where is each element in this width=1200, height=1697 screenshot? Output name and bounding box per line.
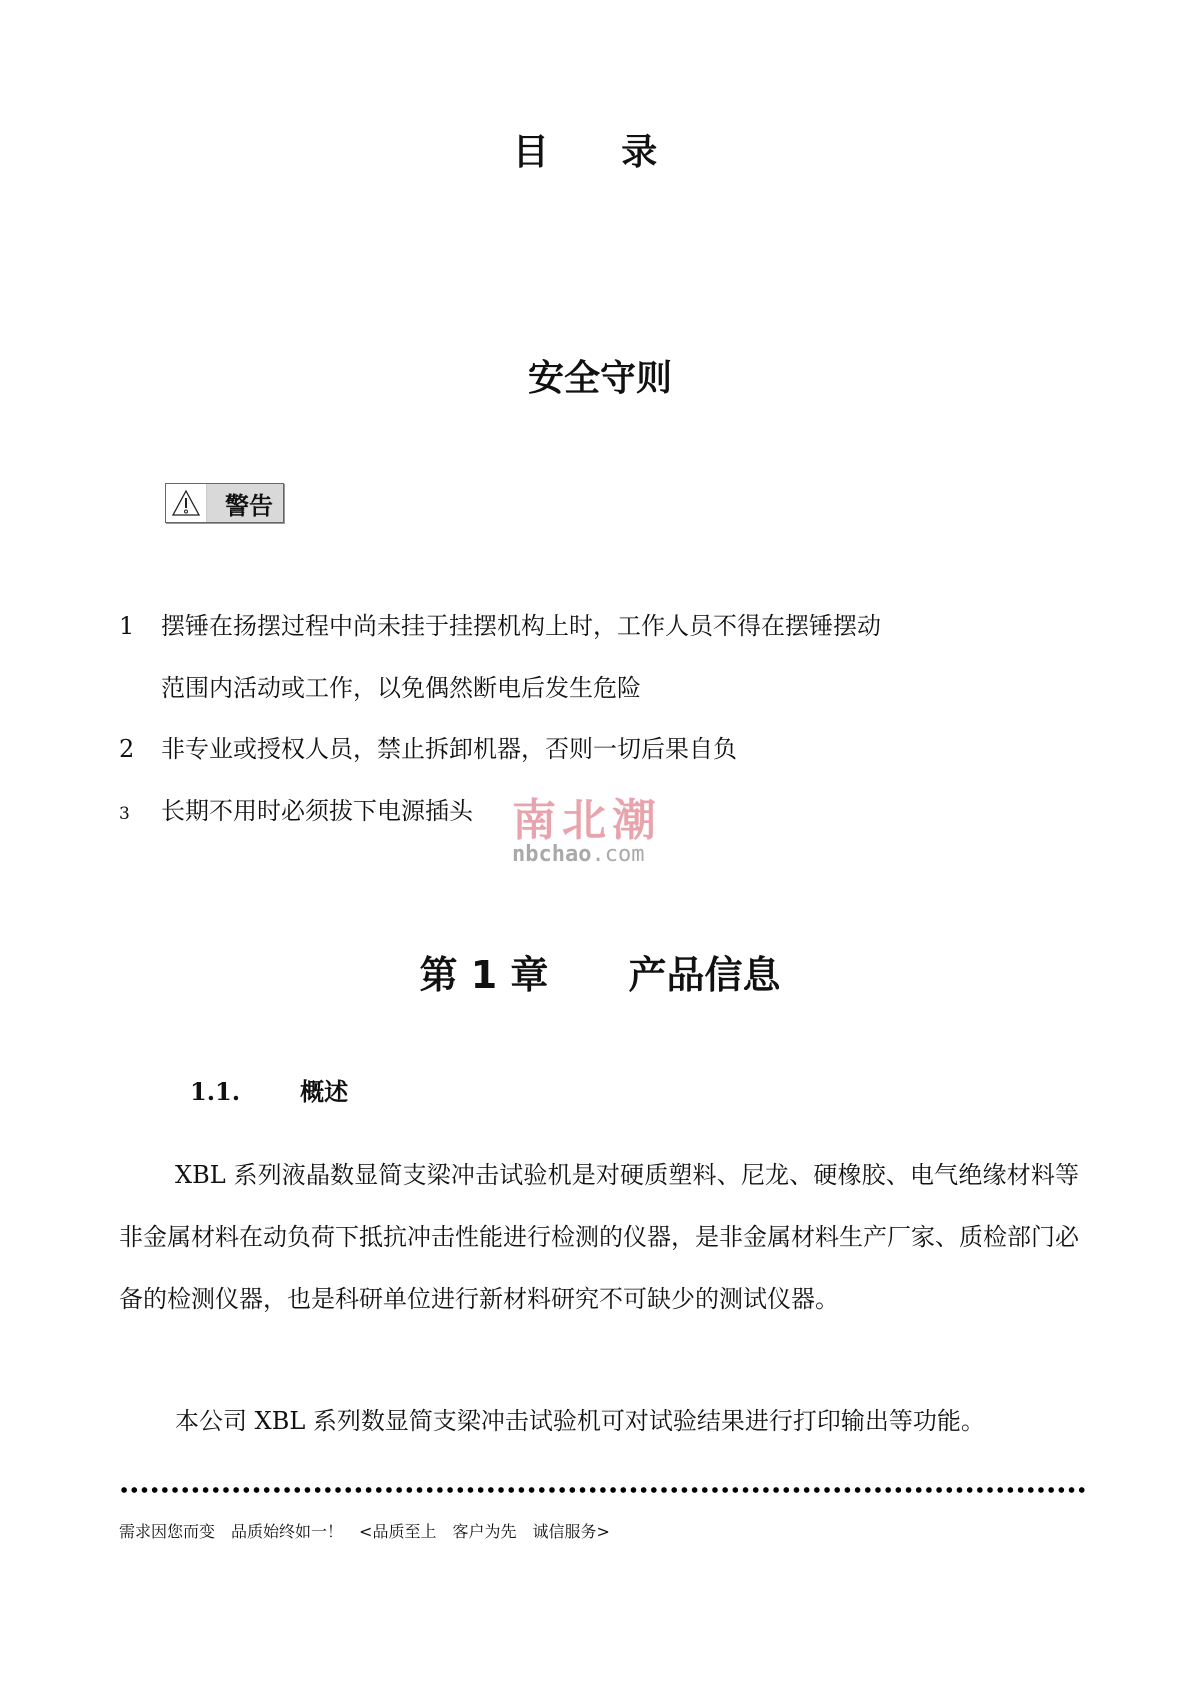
- footer-slogan: 客户为先: [452, 1522, 516, 1541]
- rule-number: 3: [119, 799, 161, 829]
- warning-triangle-icon: [166, 484, 207, 522]
- footer-slogans: 需求因您而变品质始终如一！<品质至上客户为先诚信服务>: [119, 1519, 626, 1542]
- overview-paragraph-1: XBL 系列液晶数显简支梁冲击试验机是对硬质塑料、尼龙、硬橡胶、电气绝缘材料等非…: [119, 1144, 1079, 1330]
- rule-text: 非专业或授权人员，禁止拆卸机器，否则一切后果自负: [161, 735, 737, 763]
- safety-rule-2: 2非专业或授权人员，禁止拆卸机器，否则一切后果自负: [119, 734, 737, 764]
- rule-number: 2: [119, 734, 161, 764]
- safety-rule-1-continuation: 范围内活动或工作，以免偶然断电后发生危险: [161, 673, 641, 703]
- safety-title: 安全守则: [0, 350, 1200, 401]
- warning-label: 警告: [225, 486, 273, 521]
- safety-rule-1: 1摆锤在扬摆过程中尚未挂于挂摆机构上时，工作人员不得在摆锤摆动: [119, 611, 881, 641]
- footer-slogan: 需求因您而变: [119, 1522, 215, 1541]
- warning-badge: 警告: [165, 483, 284, 523]
- toc-title: 目 录: [0, 124, 1200, 175]
- footer-slogan: 品质始终如一！: [231, 1522, 343, 1541]
- rule-number: 1: [119, 611, 161, 641]
- watermark-domain: nbchao.com: [512, 844, 672, 866]
- rule-text: 长期不用时必须拔下电源插头: [161, 797, 473, 825]
- chapter-number: 第 1 章: [420, 953, 549, 997]
- overview-paragraph-2: 本公司 XBL 系列数显简支梁冲击试验机可对试验结果进行打印输出等功能。: [119, 1390, 1079, 1452]
- rule-text: 摆锤在扬摆过程中尚未挂于挂摆机构上时，工作人员不得在摆锤摆动: [161, 612, 881, 640]
- watermark-chinese: 南北潮: [512, 796, 672, 846]
- section-number: 1.1.: [190, 1077, 240, 1106]
- safety-rule-3: 3长期不用时必须拔下电源插头: [119, 796, 473, 829]
- chapter-title: 产品信息: [628, 953, 780, 997]
- watermark: 南北潮 nbchao.com: [512, 796, 672, 866]
- footer-slogan: 诚信服务>: [532, 1522, 609, 1541]
- footer-slogan: <品质至上: [359, 1522, 436, 1541]
- chapter-heading: 第 1 章产品信息: [0, 944, 1200, 999]
- section-title: 概述: [300, 1078, 348, 1106]
- footer-dotted-divider: [119, 1486, 1089, 1494]
- section-heading: 1.1.概述: [190, 1072, 348, 1107]
